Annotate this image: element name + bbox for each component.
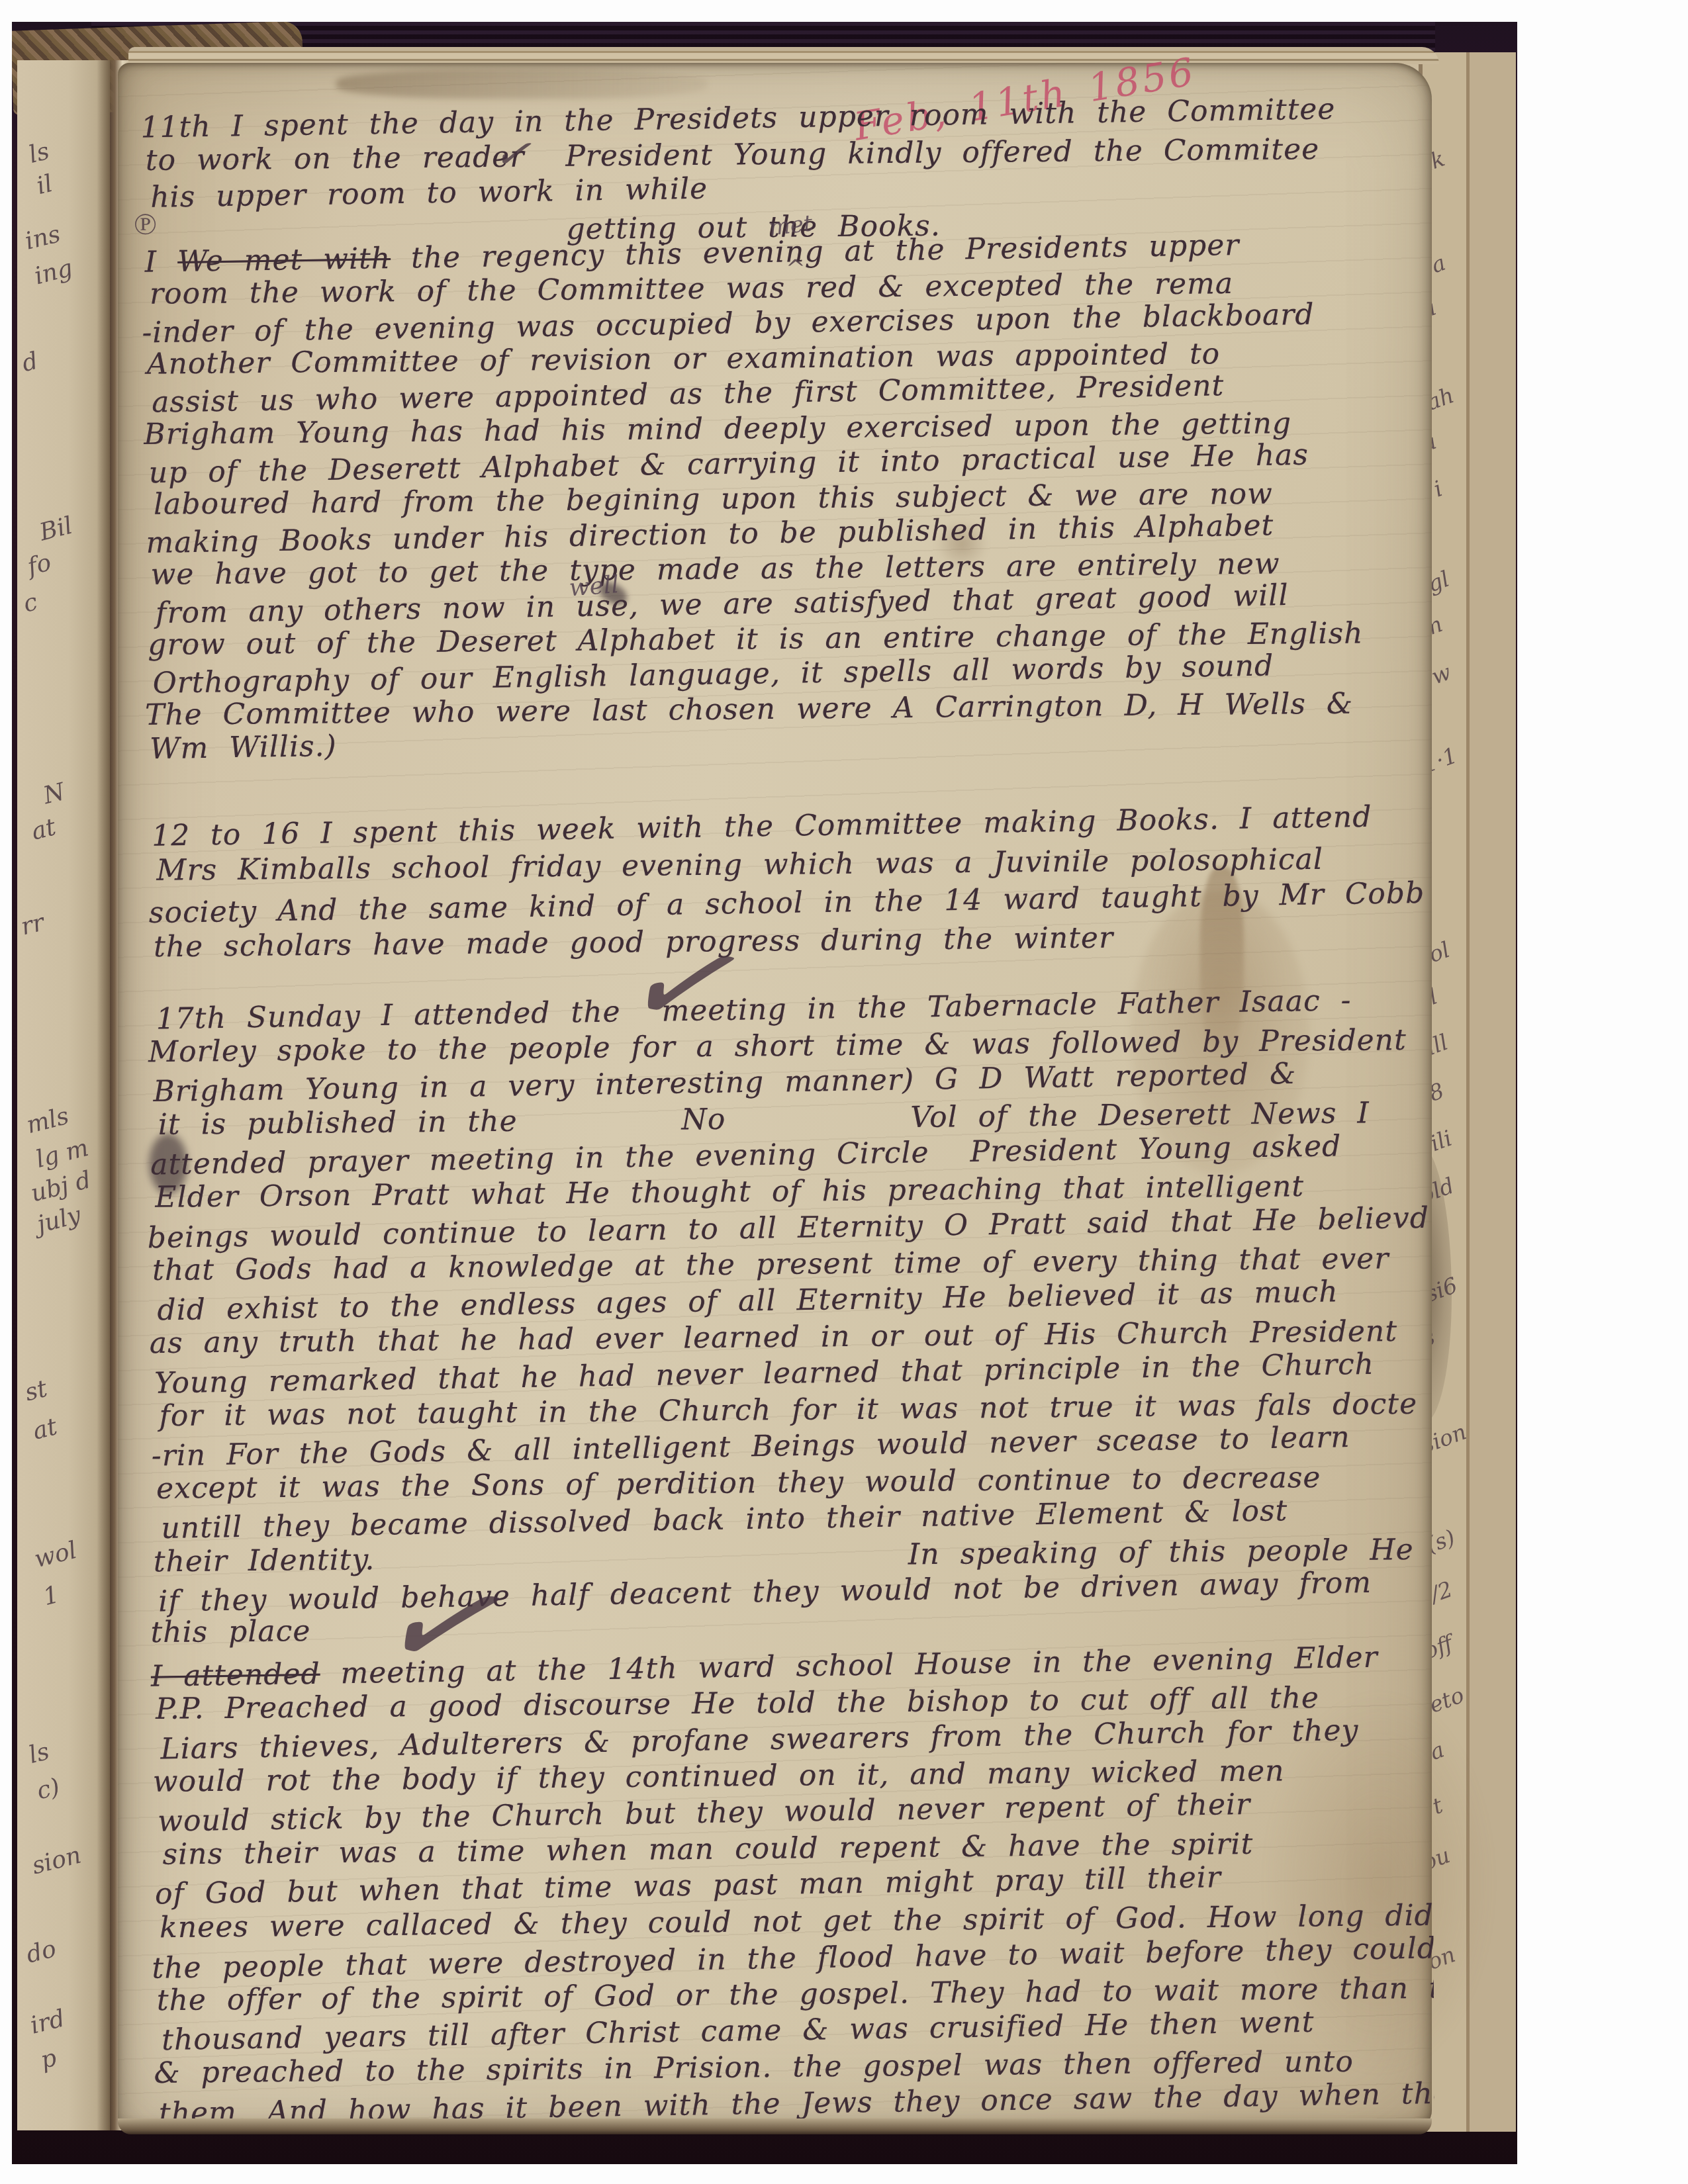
page-edge-text-fragment: eto (1426, 1682, 1468, 1718)
pen-mark: ^ (786, 257, 806, 281)
journal-line: this place (150, 1617, 310, 1647)
interlinear-insert: met (768, 210, 814, 241)
scan-background: lsilinsingdBilfocNatrrmlslg mubj djulyst… (0, 0, 1688, 2184)
pen-mark: ℗ (133, 208, 156, 239)
facing-page-text-fragment: at (29, 813, 59, 845)
journal-line: Mrs Kimballs school friday evening which… (156, 845, 1323, 886)
facing-page-text-fragment: july (34, 1202, 83, 1239)
journal-line-segment: I attended (151, 1657, 320, 1694)
facing-page-text-fragment: c) (34, 1773, 63, 1805)
facing-page-text-fragment: do (24, 1935, 59, 1969)
facing-page-text-fragment: p (38, 2044, 59, 2074)
journal-line: Wm Willis.) (150, 732, 337, 764)
facing-page-text-fragment: mls (24, 1103, 71, 1139)
page-edge-text-fragment: i (1430, 475, 1446, 502)
text-layer: Feb, 11th 1856 11th I spent the day in t… (131, 55, 1434, 2129)
pen-mark: ✓ (491, 130, 534, 178)
facing-page-text-fragment: Bil (37, 512, 75, 547)
facing-page-text-fragment: ing (32, 255, 75, 291)
facing-page-text-fragment: fo (25, 549, 54, 580)
facing-page-text-fragment: st (23, 1375, 50, 1407)
facing-page-text-fragment: wol (32, 1537, 79, 1573)
page-edge-text-fragment: w (1428, 659, 1454, 689)
interlinear-insert: well (568, 571, 620, 602)
facing-page-text-fragment: d (19, 347, 40, 377)
facing-page-text-fragment: il (34, 170, 55, 200)
facing-page-text-fragment: 1 (40, 1581, 62, 1611)
facing-page-text-fragment: ubj d (28, 1166, 93, 1207)
facing-page-text-fragment: ird (28, 2005, 68, 2039)
journal-line: his upper room to work in while (150, 175, 708, 212)
facing-page-text-fragment: ls (26, 138, 52, 169)
journal-line-segment: I (144, 245, 177, 279)
journal-page: Feb, 11th 1856 11th I spent the day in t… (118, 63, 1432, 2129)
facing-page-text-fragment: at (30, 1413, 60, 1445)
facing-page-text-fragment: sion (29, 1842, 84, 1880)
journal-line-segment: We met with (177, 242, 391, 279)
facing-page-text-fragment: c (21, 588, 40, 618)
journal-book-photo: lsilinsingdBilfocNatrrmlslg mubj djulyst… (12, 22, 1517, 2164)
journal-line: society And the same kind of a school in… (149, 879, 1425, 928)
page-bottom-edge (118, 2118, 1432, 2134)
facing-page-text-fragment: N (41, 778, 68, 809)
facing-page-edge: lsilinsingdBilfocNatrrmlslg mubj djulyst… (17, 60, 110, 2130)
facing-page-text-fragment: rr (19, 909, 47, 940)
facing-page-text-fragment: ls (26, 1738, 52, 1769)
facing-page-text-fragment: ins (23, 220, 64, 255)
